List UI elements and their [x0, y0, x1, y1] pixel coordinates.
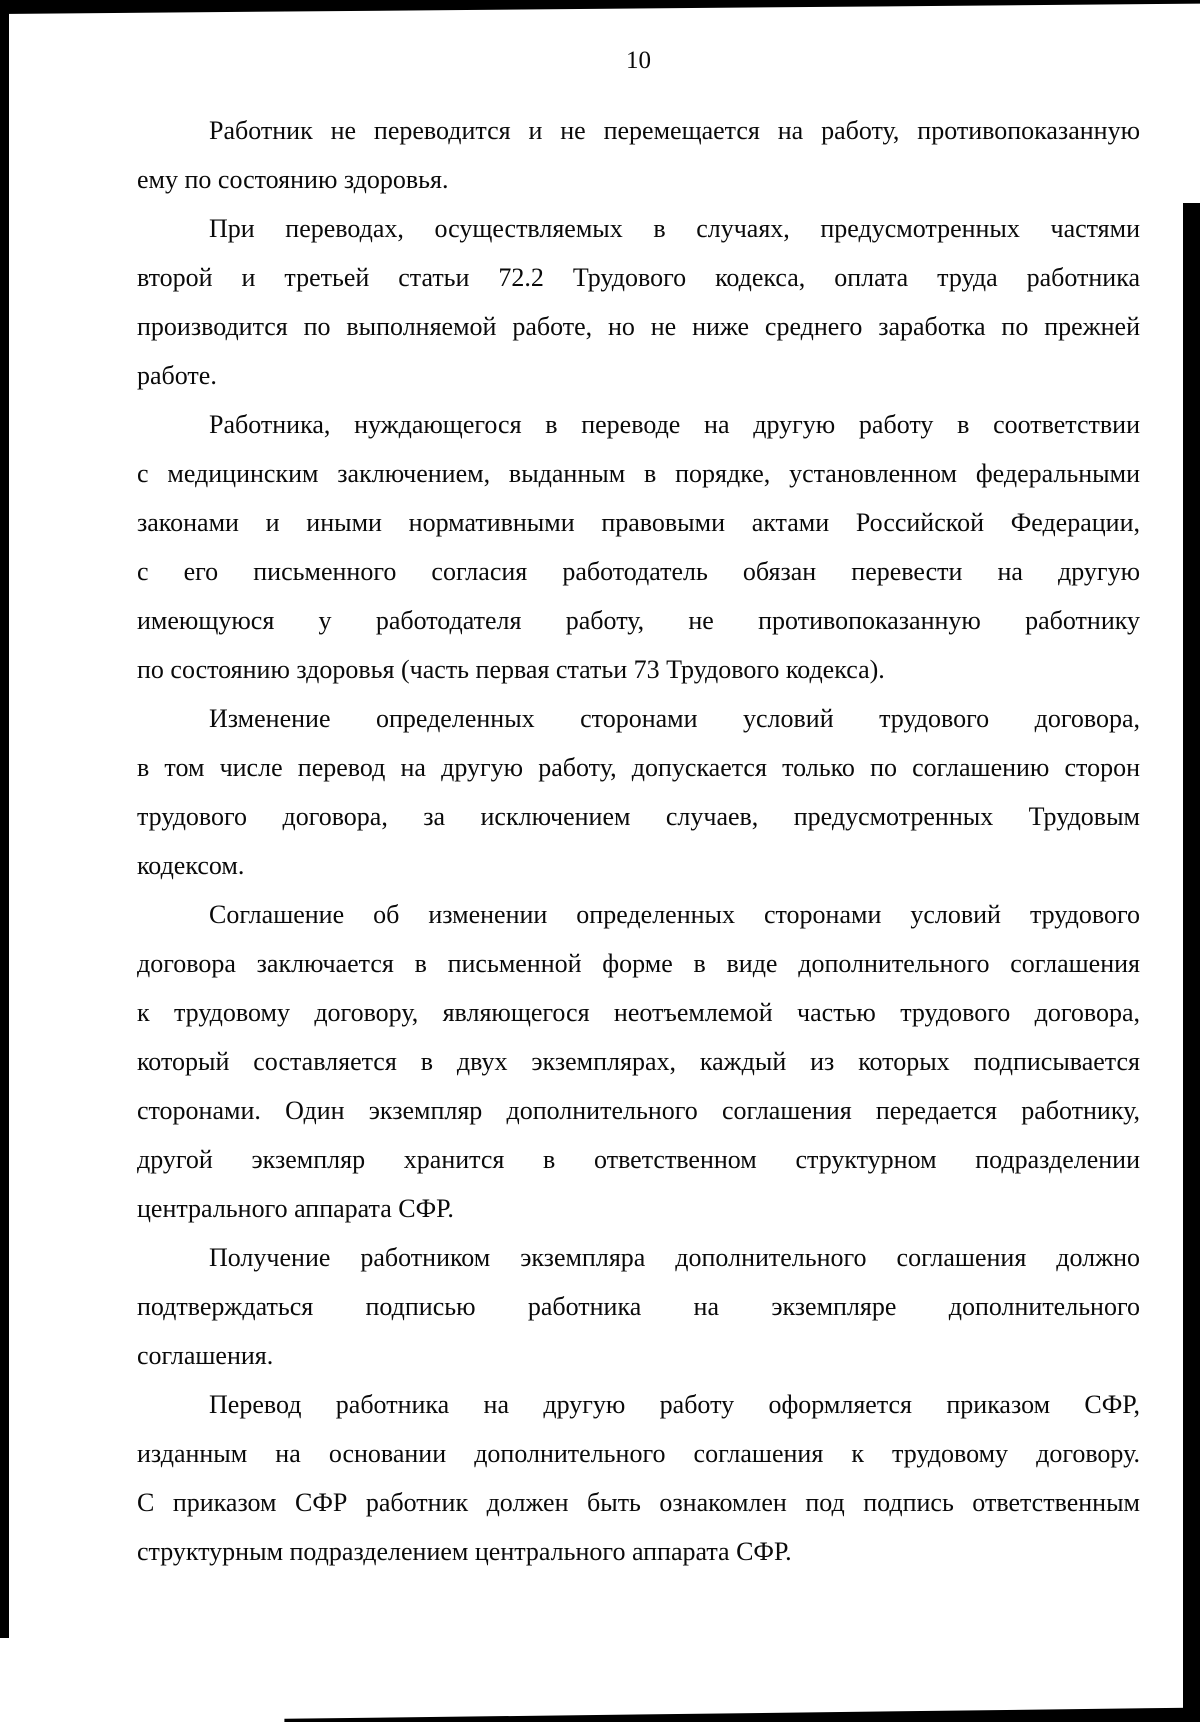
paragraph: Изменение определенных сторонами условий…	[137, 694, 1140, 890]
scanned-page: { "page": { "number": "10" }, "content":…	[0, 0, 1200, 1722]
paragraph: Получение работником экземпляра дополнит…	[137, 1233, 1140, 1380]
paragraph: При переводах, осуществляемых в случаях,…	[137, 204, 1140, 400]
text-line: Получение работником экземпляра дополнит…	[137, 1233, 1140, 1282]
paragraph: Соглашение об изменении определенных сто…	[137, 890, 1140, 1233]
text-line: производится по выполняемой работе, но н…	[137, 302, 1140, 351]
text-line: соглашения.	[137, 1331, 1140, 1380]
page-number: 10	[137, 46, 1140, 76]
text-line: С приказом СФР работник должен быть озна…	[137, 1478, 1140, 1527]
text-line: по состоянию здоровья (часть первая стат…	[137, 645, 1140, 694]
scan-border-right	[1183, 203, 1200, 1722]
text-line: подтверждаться подписью работника на экз…	[137, 1282, 1140, 1331]
paragraph: Работника, нуждающегося в переводе на др…	[137, 400, 1140, 694]
text-line: сторонами. Один экземпляр дополнительног…	[137, 1086, 1140, 1135]
text-line: изданным на основании дополнительного со…	[137, 1429, 1140, 1478]
text-line: в том числе перевод на другую работу, до…	[137, 743, 1140, 792]
text-line: законами и иными нормативными правовыми …	[137, 498, 1140, 547]
text-line: договора заключается в письменной форме …	[137, 939, 1140, 988]
text-line: Работника, нуждающегося в переводе на др…	[137, 400, 1140, 449]
scan-border-top	[0, 0, 1200, 14]
text-line: При переводах, осуществляемых в случаях,…	[137, 204, 1140, 253]
text-line: с медицинским заключением, выданным в по…	[137, 449, 1140, 498]
text-line: Изменение определенных сторонами условий…	[137, 694, 1140, 743]
text-line: Работник не переводится и не перемещаетс…	[137, 106, 1140, 155]
text-line: трудового договора, за исключением случа…	[137, 792, 1140, 841]
text-line: Перевод работника на другую работу оформ…	[137, 1380, 1140, 1429]
text-line: другой экземпляр хранится в ответственно…	[137, 1135, 1140, 1184]
scan-border-left	[0, 0, 9, 1638]
text-line: который составляется в двух экземплярах,…	[137, 1037, 1140, 1086]
text-line: с его письменного согласия работодатель …	[137, 547, 1140, 596]
document-body: Работник не переводится и не перемещаетс…	[137, 106, 1140, 1576]
text-line: имеющуюся у работодателя работу, не прот…	[137, 596, 1140, 645]
paragraph: Перевод работника на другую работу оформ…	[137, 1380, 1140, 1576]
text-line: структурным подразделением центрального …	[137, 1527, 1140, 1576]
text-line: кодексом.	[137, 841, 1140, 890]
text-line: центрального аппарата СФР.	[137, 1184, 1140, 1233]
text-line: второй и третьей статьи 72.2 Трудового к…	[137, 253, 1140, 302]
text-line: ему по состоянию здоровья.	[137, 155, 1140, 204]
text-line: Соглашение об изменении определенных сто…	[137, 890, 1140, 939]
scan-border-bottom	[0, 1706, 1200, 1722]
text-line: работе.	[137, 351, 1140, 400]
text-line: к трудовому договору, являющегося неотъе…	[137, 988, 1140, 1037]
paragraph: Работник не переводится и не перемещаетс…	[137, 106, 1140, 204]
